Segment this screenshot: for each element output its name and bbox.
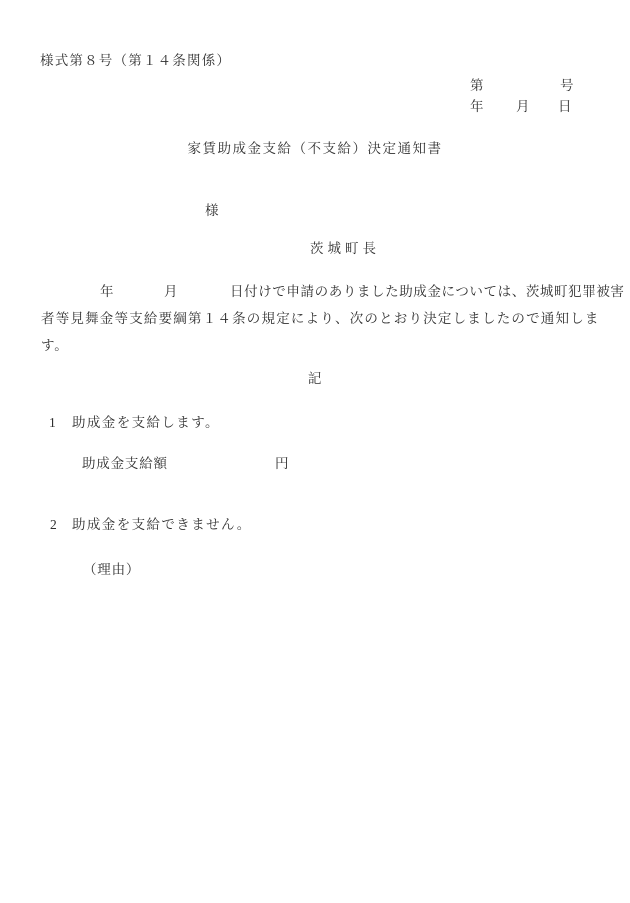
document-title: 家賃助成金支給（不支給）決定通知書 bbox=[0, 140, 630, 157]
amount-unit-label: 円 bbox=[275, 455, 289, 472]
amount-label: 助成金支給額 bbox=[82, 455, 168, 472]
body-paragraph-line1: 日付けで申請のありました助成金については、茨城町犯罪被害 bbox=[230, 283, 625, 300]
date-day-label: 日 bbox=[558, 98, 572, 115]
addressee-honorific: 様 bbox=[205, 202, 219, 219]
item2-label: 助成金を支給できません。 bbox=[72, 516, 252, 533]
form-number: 様式第８号（第１４条関係） bbox=[40, 52, 231, 69]
body-year-label: 年 bbox=[100, 283, 114, 300]
body-paragraph-line3: す。 bbox=[41, 337, 69, 354]
date-year-label: 年 bbox=[470, 98, 484, 115]
record-marker: 記 bbox=[0, 370, 630, 387]
reason-label: （理由） bbox=[83, 561, 140, 578]
doc-number-suffix: 号 bbox=[560, 77, 574, 94]
date-month-label: 月 bbox=[516, 98, 530, 115]
item1-number: 1 bbox=[49, 414, 57, 431]
body-month-label: 月 bbox=[164, 283, 178, 300]
item1-label: 助成金を支給します。 bbox=[72, 414, 220, 431]
doc-number-prefix: 第 bbox=[470, 77, 484, 94]
item2-number: 2 bbox=[50, 516, 58, 533]
sender-name: 茨城町長 bbox=[310, 240, 380, 257]
body-paragraph-line2: 者等見舞金等支給要綱第１４条の規定により、次のとおり決定しましたので通知しま bbox=[41, 310, 600, 327]
document-page: 様式第８号（第１４条関係） 第 号 年 月 日 家賃助成金支給（不支給）決定通知… bbox=[0, 0, 630, 903]
